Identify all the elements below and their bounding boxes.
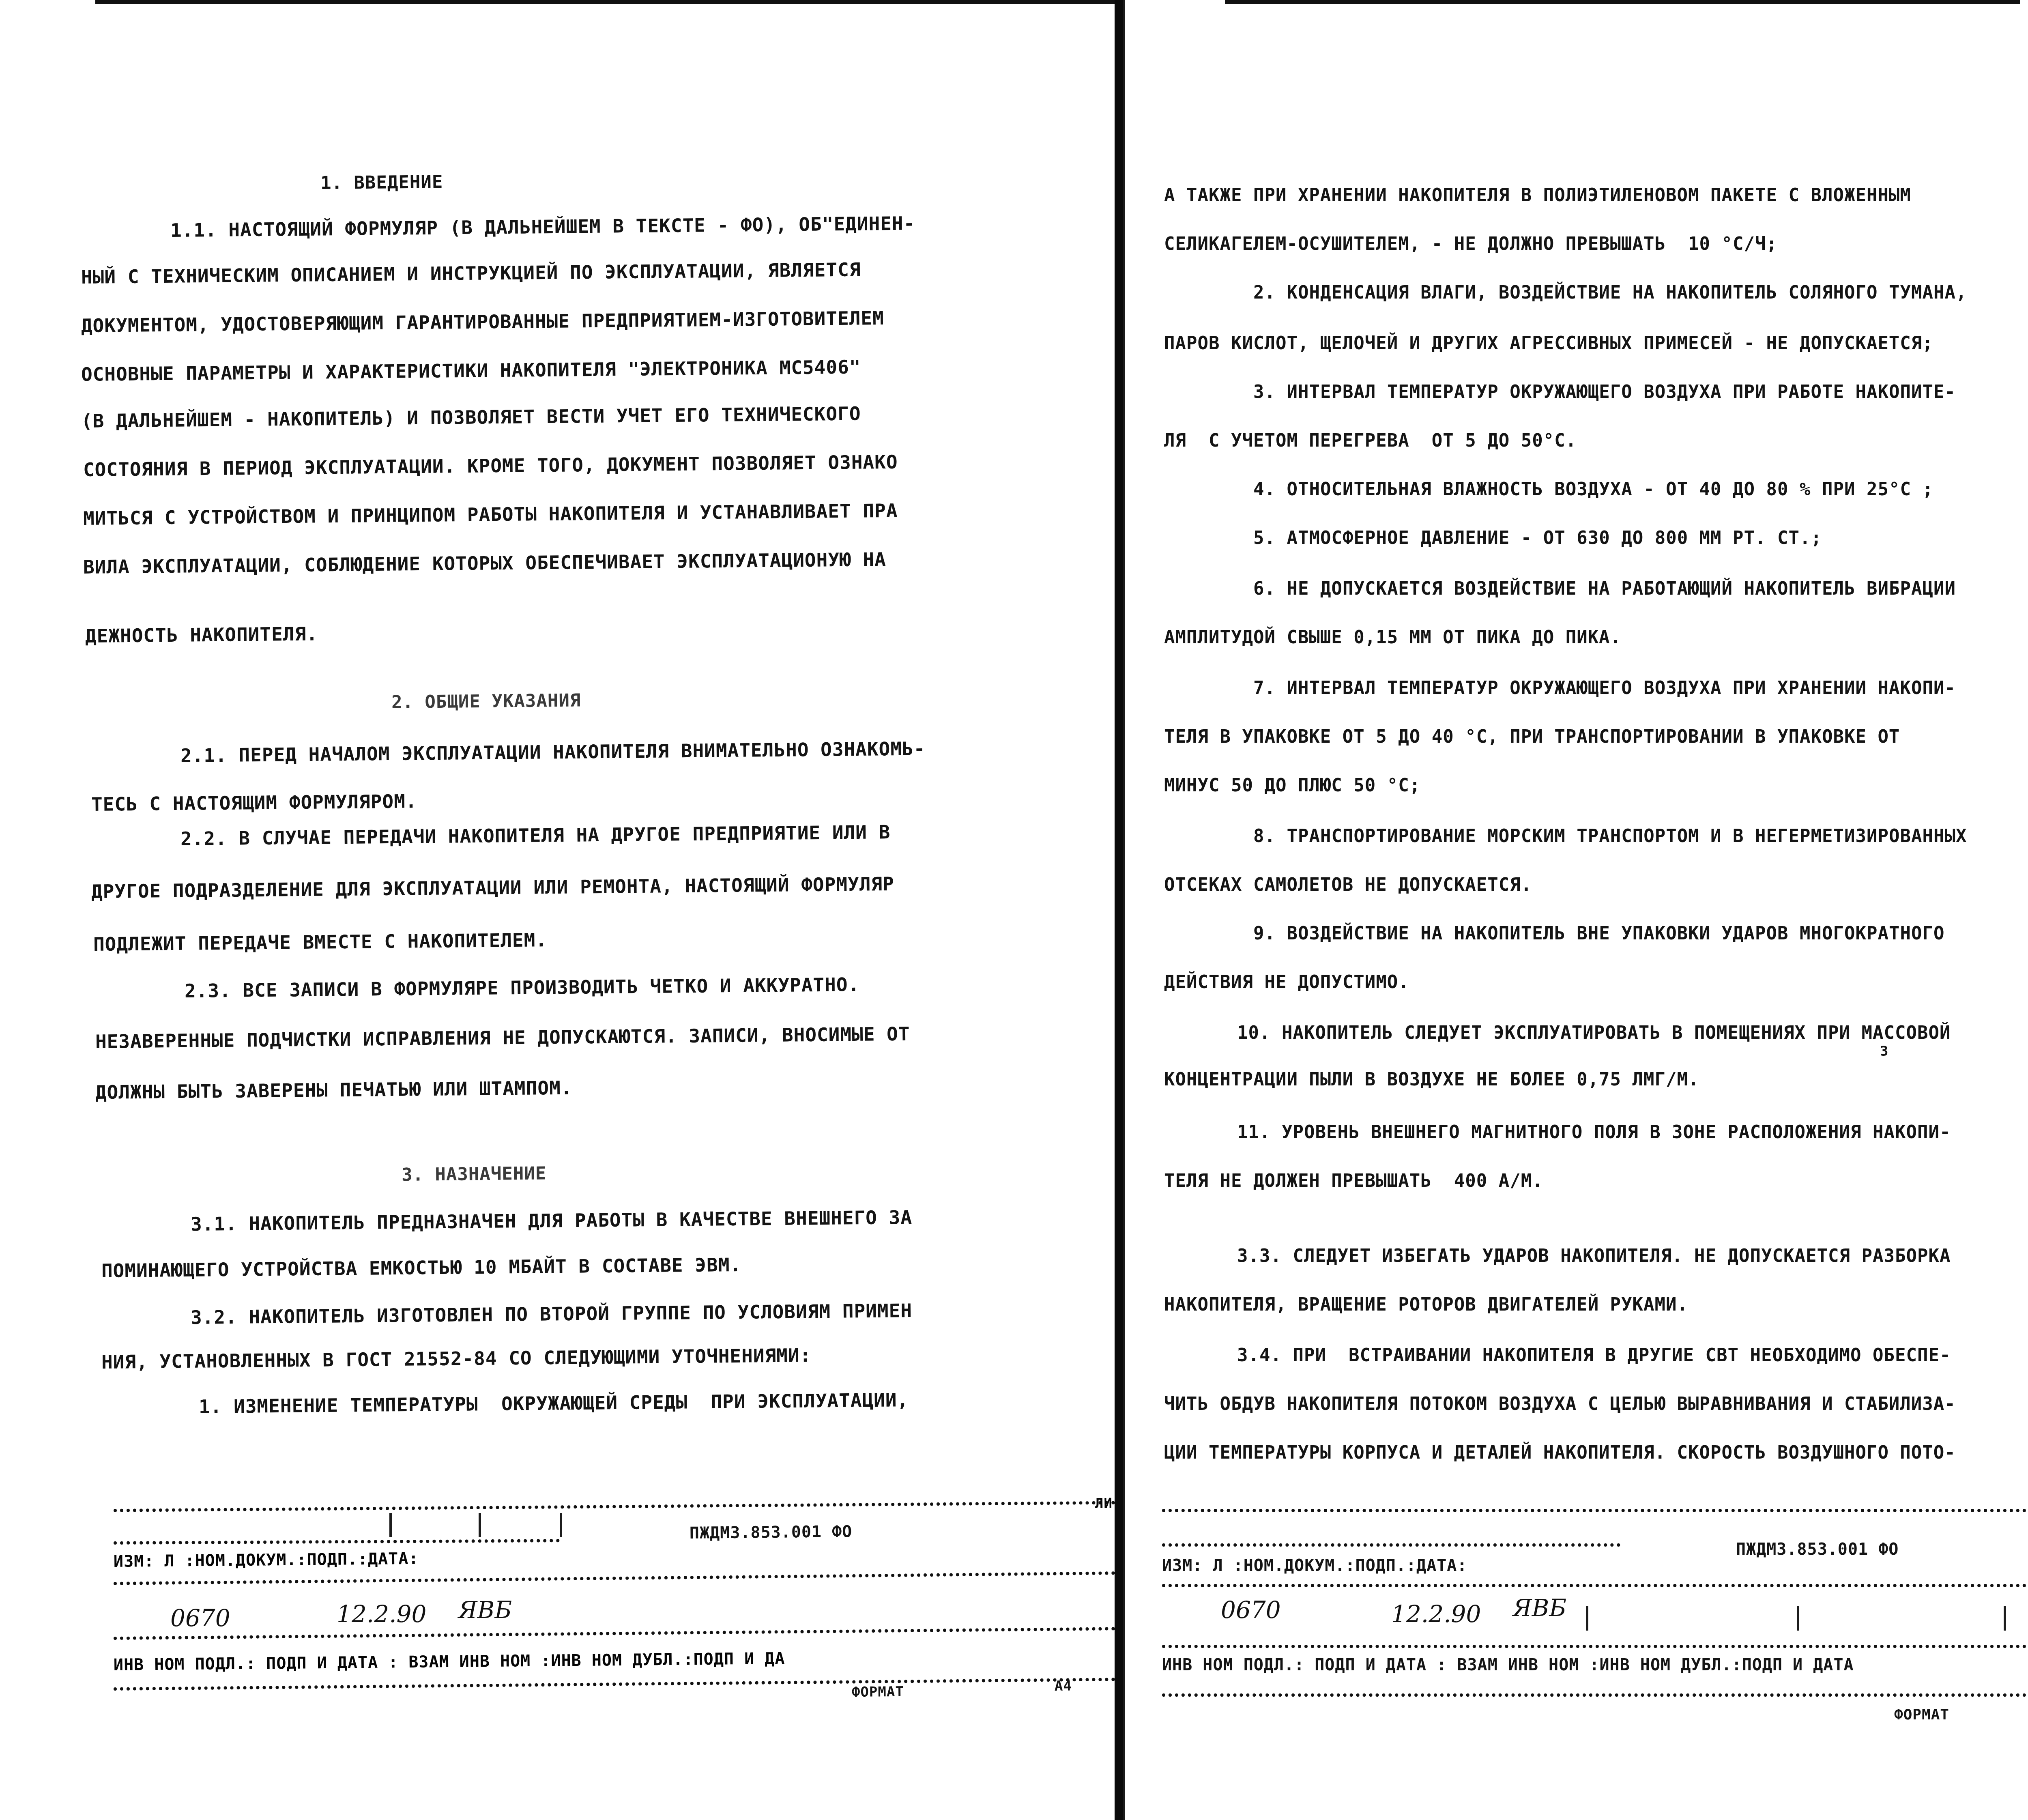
section-heading-general: 2. ОБЩИЕ УКАЗАНИЯ <box>391 692 581 711</box>
title-block-rule <box>1162 1645 2028 1648</box>
paragraph-line: 6. НЕ ДОПУСКАЕТСЯ ВОЗДЕЙСТВИЕ НА РАБОТАЮ… <box>1253 580 1956 598</box>
paragraph-line: КОНЦЕНТРАЦИИ ПЫЛИ В ВОЗДУХЕ НЕ БОЛЕЕ 0,7… <box>1164 1071 1699 1089</box>
title-block-rule <box>114 1678 1115 1691</box>
paragraph-line: ПОМИНАЮЩЕГО УСТРОЙСТВА ЕМКОСТЬЮ 10 МБАЙТ… <box>101 1255 742 1280</box>
inventory-row-labels: ИНВ НОМ ПОДЛ.: ПОДП И ДАТА : ВЗАМ ИНВ НО… <box>114 1650 785 1673</box>
paragraph-line: 2.2. В СЛУЧАЕ ПЕРЕДАЧИ НАКОПИТЕЛЯ НА ДРУ… <box>180 823 891 848</box>
paragraph-line: 2.1. ПЕРЕД НАЧАЛОМ ЭКСПЛУАТАЦИИ НАКОПИТЕ… <box>180 739 926 765</box>
paragraph-line: ДЕЖНОСТЬ НАКОПИТЕЛЯ. <box>85 624 318 645</box>
paragraph-line: ПАРОВ КИСЛОТ, ЩЕЛОЧЕЙ И ДРУГИХ АГРЕССИВН… <box>1164 335 1933 352</box>
paragraph-line: 1.1. НАСТОЯЩИЙ ФОРМУЛЯР (В ДАЛЬНЕЙШЕМ В … <box>170 214 915 240</box>
paragraph-line: МИТЬСЯ С УСТРОЙСТВОМ И ПРИНЦИПОМ РАБОТЫ … <box>83 501 898 528</box>
paragraph-line: 9. ВОЗДЕЙСТВИЕ НА НАКОПИТЕЛЬ ВНЕ УПАКОВК… <box>1253 925 1944 943</box>
section-heading-introduction: 1. ВВЕДЕНИЕ <box>320 173 443 192</box>
sheet-label-partial: ЛИ <box>1095 1497 1113 1511</box>
revision-row-labels: ИЗМ: Л :НОМ.ДОКУМ.:ПОДП.:ДАТА: <box>1162 1558 1467 1574</box>
paragraph-line: 4. ОТНОСИТЕЛЬНАЯ ВЛАЖНОСТЬ ВОЗДУХА - ОТ … <box>1253 481 1933 499</box>
scan-top-shadow <box>1225 0 2020 4</box>
paragraph-line: 5. АТМОСФЕРНОЕ ДАВЛЕНИЕ - ОТ 630 ДО 800 … <box>1253 529 1822 547</box>
title-block-rule <box>114 1539 560 1545</box>
title-block-rule <box>114 1571 1115 1585</box>
paragraph-line: ДОКУМЕНТОМ, УДОСТОВЕРЯЮЩИМ ГАРАНТИРОВАНН… <box>81 309 884 335</box>
title-block-divider <box>2004 1606 2006 1631</box>
title-block-divider <box>1797 1606 1799 1631</box>
left-page: 1. ВВЕДЕНИЕ 1.1. НАСТОЯЩИЙ ФОРМУЛЯР (В Д… <box>0 0 1121 1820</box>
title-block-rule <box>1162 1584 2028 1587</box>
paragraph-line: (В ДАЛЬНЕЙШЕМ - НАКОПИТЕЛЬ) И ПОЗВОЛЯЕТ … <box>81 404 861 430</box>
title-block-divider <box>479 1513 481 1537</box>
paragraph-line: СОСТОЯНИЯ В ПЕРИОД ЭКСПЛУАТАЦИИ. КРОМЕ Т… <box>83 453 898 479</box>
paragraph-line: ДОЛЖНЫ БЫТЬ ЗАВЕРЕНЫ ПЕЧАТЬЮ ИЛИ ШТАМПОМ… <box>95 1079 573 1102</box>
page-gutter-shadow <box>1115 0 1124 1820</box>
document-code: ПЖДМ3.853.001 ФО <box>1736 1541 1899 1558</box>
paragraph-line: ТЕЛЯ НЕ ДОЛЖЕН ПРЕВЫШАТЬ 400 А/М. <box>1164 1172 1543 1190</box>
paragraph-line: 3. ИНТЕРВАЛ ТЕМПЕРАТУР ОКРУЖАЮЩЕГО ВОЗДУ… <box>1253 383 1956 401</box>
paragraph-line: 2. КОНДЕНСАЦИЯ ВЛАГИ, ВОЗДЕЙСТВИЕ НА НАК… <box>1253 284 1967 302</box>
paragraph-line: 1. ИЗМЕНЕНИЕ ТЕМПЕРАТУРЫ ОКРУЖАЮЩЕЙ СРЕД… <box>199 1390 909 1416</box>
title-block-divider <box>560 1513 562 1537</box>
title-block-rule <box>114 1501 1115 1512</box>
handwritten-inventory-number: 0670 <box>1221 1596 1281 1624</box>
paragraph-line: 8. ТРАНСПОРТИРОВАНИЕ МОРСКИМ ТРАНСПОРТОМ… <box>1253 827 1967 845</box>
paragraph-line: ОСНОВНЫЕ ПАРАМЕТРЫ И ХАРАКТЕРИСТИКИ НАКО… <box>81 358 861 384</box>
handwritten-date: 12.2.90 <box>337 1600 426 1628</box>
paragraph-line: 3.1. НАКОПИТЕЛЬ ПРЕДНАЗНАЧЕН ДЛЯ РАБОТЫ … <box>191 1208 912 1233</box>
paragraph-line: НАКОПИТЕЛЯ, ВРАЩЕНИЕ РОТОРОВ ДВИГАТЕЛЕЙ … <box>1164 1296 1688 1314</box>
title-block-rule <box>1162 1693 2028 1697</box>
paragraph-line: ДЕЙСТВИЯ НЕ ДОПУСТИМО. <box>1164 973 1409 991</box>
superscript-exponent: 3 <box>1880 1044 1888 1058</box>
scan-top-shadow <box>95 0 1121 4</box>
title-block-rule <box>114 1627 1115 1640</box>
paragraph-line: 11. УРОВЕНЬ ВНЕШНЕГО МАГНИТНОГО ПОЛЯ В З… <box>1237 1124 1951 1141</box>
paragraph-line: 3.3. СЛЕДУЕТ ИЗБЕГАТЬ УДАРОВ НАКОПИТЕЛЯ.… <box>1237 1247 1951 1265</box>
format-label: ФОРМАТ <box>1894 1708 1949 1722</box>
handwritten-signature: ЯВБ <box>458 1596 512 1624</box>
paragraph-line: 3.2. НАКОПИТЕЛЬ ИЗГОТОВЛЕН ПО ВТОРОЙ ГРУ… <box>191 1301 912 1327</box>
paragraph-line: НИЯ, УСТАНОВЛЕННЫХ В ГОСТ 21552-84 СО СЛ… <box>101 1346 812 1371</box>
paragraph-line: 2.3. ВСЕ ЗАПИСИ В ФОРМУЛЯРЕ ПРОИЗВОДИТЬ … <box>185 975 860 1000</box>
paragraph-line: ТЕЛЯ В УПАКОВКЕ ОТ 5 ДО 40 °С, ПРИ ТРАНС… <box>1164 728 1900 746</box>
paragraph-line: 3.4. ПРИ ВСТРАИВАНИИ НАКОПИТЕЛЯ В ДРУГИЕ… <box>1237 1347 1951 1364</box>
revision-row-labels: ИЗМ: Л :НОМ.ДОКУМ.:ПОДП.:ДАТА: <box>114 1551 419 1570</box>
paragraph-line: ТЕСЬ С НАСТОЯЩИМ ФОРМУЛЯРОМ. <box>91 792 417 814</box>
paragraph-line: НЕЗАВЕРЕННЫЕ ПОДЧИСТКИ ИСПРАВЛЕНИЯ НЕ ДО… <box>95 1025 910 1051</box>
paragraph-line: ВИЛА ЭКСПЛУАТАЦИИ, СОБЛЮДЕНИЕ КОТОРЫХ ОБ… <box>83 550 886 576</box>
title-block-rule <box>1162 1509 2028 1512</box>
paragraph-line: ЛЯ С УЧЕТОМ ПЕРЕГРЕВА ОТ 5 ДО 50°С. <box>1164 432 1577 450</box>
format-value: А4 <box>1055 1679 1072 1693</box>
section-heading-purpose: 3. НАЗНАЧЕНИЕ <box>402 1165 547 1184</box>
title-block-divider <box>389 1513 392 1537</box>
paragraph-line: АМПЛИТУДОЙ СВЫШЕ 0,15 ММ ОТ ПИКА ДО ПИКА… <box>1164 629 1621 647</box>
right-page: А ТАКЖЕ ПРИ ХРАНЕНИИ НАКОПИТЕЛЯ В ПОЛИЭТ… <box>1132 0 2028 1820</box>
handwritten-signature: ЯВБ <box>1513 1594 1566 1622</box>
page-gutter-line <box>1123 0 1125 1820</box>
paragraph-line: ПОДЛЕЖИТ ПЕРЕДАЧЕ ВМЕСТЕ С НАКОПИТЕЛЕМ. <box>93 930 547 954</box>
paragraph-line: ОТСЕКАХ САМОЛЕТОВ НЕ ДОПУСКАЕТСЯ. <box>1164 876 1532 894</box>
paragraph-line: СЕЛИКАГЕЛЕМ-ОСУШИТЕЛЕМ, - НЕ ДОЛЖНО ПРЕВ… <box>1164 235 1777 253</box>
format-label: ФОРМАТ <box>852 1685 904 1699</box>
title-block-divider <box>1586 1606 1588 1631</box>
paragraph-line: А ТАКЖЕ ПРИ ХРАНЕНИИ НАКОПИТЕЛЯ В ПОЛИЭТ… <box>1164 187 1911 204</box>
paragraph-line: МИНУС 50 ДО ПЛЮС 50 °С; <box>1164 777 1420 795</box>
paragraph-line: ЦИИ ТЕМПЕРАТУРЫ КОРПУСА И ДЕТАЛЕЙ НАКОПИ… <box>1164 1444 1956 1462</box>
handwritten-inventory-number: 0670 <box>170 1604 230 1632</box>
paragraph-line: 7. ИНТЕРВАЛ ТЕМПЕРАТУР ОКРУЖАЮЩЕГО ВОЗДУ… <box>1253 679 1956 697</box>
document-code: ПЖДМ3.853.001 ФО <box>690 1523 853 1541</box>
paragraph-line: ЧИТЬ ОБДУВ НАКОПИТЕЛЯ ПОТОКОМ ВОЗДУХА С … <box>1164 1395 1956 1413</box>
title-block-rule <box>1162 1543 1620 1547</box>
paragraph-line: ДРУГОЕ ПОДРАЗДЕЛЕНИЕ ДЛЯ ЭКСПЛУАТАЦИИ ИЛ… <box>91 875 894 901</box>
inventory-row-labels: ИНВ НОМ ПОДЛ.: ПОДП И ДАТА : ВЗАМ ИНВ НО… <box>1162 1657 1854 1673</box>
paragraph-line: НЫЙ С ТЕХНИЧЕСКИМ ОПИСАНИЕМ И ИНСТРУКЦИЕ… <box>81 260 861 286</box>
paragraph-line: 10. НАКОПИТЕЛЬ СЛЕДУЕТ ЭКСПЛУАТИРОВАТЬ В… <box>1237 1024 1951 1042</box>
handwritten-date: 12.2.90 <box>1391 1600 1481 1628</box>
